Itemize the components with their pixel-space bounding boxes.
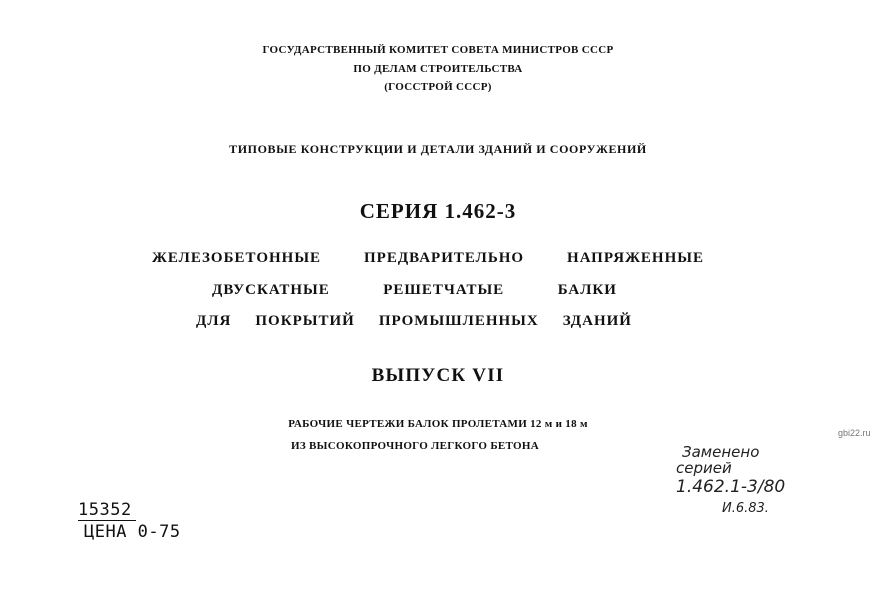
issue-title: ВЫПУСК VII — [0, 365, 876, 387]
handwritten-series: серией — [676, 459, 732, 477]
title-word: РЕШЕТЧАТЫЕ — [383, 282, 504, 299]
title-line-2: ДВУСКАТНЫЕ РЕШЕТЧАТЫЕ БАЛКИ — [212, 282, 617, 299]
title-word: ДВУСКАТНЫЕ — [212, 282, 330, 299]
title-word: ЖЕЛЕЗОБЕТОННЫЕ — [152, 250, 321, 267]
stamp-price: ЦЕНА 0-75 — [84, 522, 181, 542]
title-line-1: ЖЕЛЕЗОБЕТОННЫЕ ПРЕДВАРИТЕЛЬНО НАПРЯЖЕННЫ… — [152, 250, 704, 267]
title-word: ЗДАНИЙ — [563, 313, 632, 330]
title-line-3: ДЛЯ ПОКРЫТИЙ ПРОМЫШЛЕННЫХ ЗДАНИЙ — [196, 313, 632, 330]
title-word: НАПРЯЖЕННЫЕ — [567, 250, 704, 267]
committee-name: ГОСУДАРСТВЕННЫЙ КОМИТЕТ СОВЕТА МИНИСТРОВ… — [0, 44, 876, 56]
title-word: ПРОМЫШЛЕННЫХ — [379, 313, 539, 330]
title-word: ДЛЯ — [196, 313, 231, 330]
title-word: БАЛКИ — [558, 282, 617, 299]
subtitle-line-1: РАБОЧИЕ ЧЕРТЕЖИ БАЛОК ПРОЛЕТАМИ 12 м и 1… — [0, 418, 876, 430]
title-word: ПОКРЫТИЙ — [255, 313, 354, 330]
title-word: ПРЕДВАРИТЕЛЬНО — [364, 250, 524, 267]
subtitle-line-2: ИЗ ВЫСОКОПРОЧНОГО ЛЕГКОГО БЕТОНА — [270, 440, 560, 452]
series-title: СЕРИЯ 1.462-3 — [0, 199, 876, 224]
committee-department: ПО ДЕЛАМ СТРОИТЕЛЬСТВА — [0, 63, 876, 75]
handwritten-date: И.6.83. — [722, 501, 769, 516]
category-heading: ТИПОВЫЕ КОНСТРУКЦИИ И ДЕТАЛИ ЗДАНИЙ И СО… — [0, 142, 876, 157]
watermark: gbi22.ru — [838, 428, 871, 438]
stamp-number: 15352 — [78, 500, 136, 521]
committee-abbrev: (ГОССТРОЙ СССР) — [0, 81, 876, 93]
handwritten-series-number: 1.462.1-3/80 — [676, 477, 785, 497]
